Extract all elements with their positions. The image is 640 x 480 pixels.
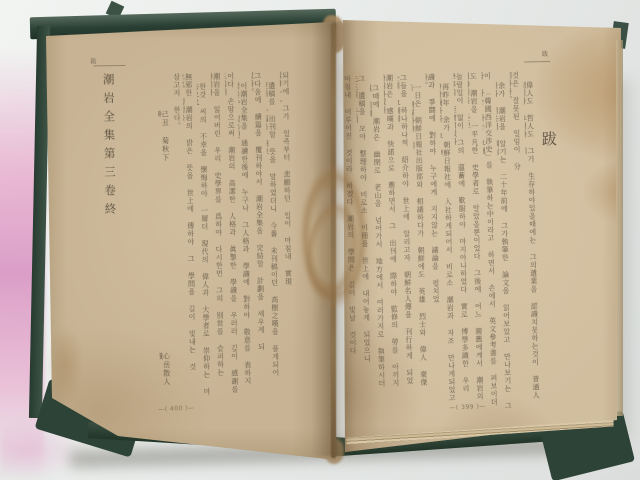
- text-column: 一日은 朝鮮日報社出版部와 相議하다가 朝鮮에도 英雄 烈士와 偉人 豪傑을 網…: [412, 84, 427, 389]
- book-photo: 跋 潮岩全集第三卷終 되기에 그가 일즉부터 悲願하던 일이 마침내 實現되랴—…: [0, 0, 640, 480]
- right-page-text: 跋 跋 偉人도 哲人도 그가 生存하야있을때에는 그의遺業을 認識치못하는것이 …: [336, 58, 572, 433]
- colophon-date: 己丑 菊秋下澣: [158, 110, 169, 165]
- page-title-column: 潮岩全集第三卷終: [99, 73, 116, 235]
- running-header-right: 跋: [542, 49, 548, 58]
- text-column: 이潮岩全集을 通讀한後에 누구나 그人格과 學識에 對하야 敬意를 表하지 않을…: [238, 82, 251, 400]
- running-header-rule-right: [524, 61, 550, 63]
- page-number-left: —( 400 )—: [158, 405, 195, 413]
- section-title-bal: 跋: [539, 131, 560, 146]
- text-column: 余가 潮岩을 알기는 二十年前에 그가執筆한 論文을 읽어보았고 만나보기는 그…: [496, 82, 512, 412]
- text-column: 것은 잘못된 일임이 分明하다。: [509, 72, 520, 172]
- text-column: 삼고저 한다。: [171, 73, 181, 153]
- text-column: 潮岩을 잃어버린 우리 史學界를 爲하야 다시한번 그의 別世를 슬퍼하는 바이…: [211, 73, 224, 385]
- text-column: 마침내 이루어진 것이라 하겠다 潮岩의 學問은 길이 빛날 것이다: [341, 75, 356, 365]
- text-column: 潮岩은 感嘆과 快諾으로 應하면서 그 出刊에 際하야 監修의 勞를 아끼지 아…: [383, 74, 399, 394]
- text-column: 이 「韓國西洋交渉史」를 執筆하는中이라고 하면서 손에서 英文參考書를 펴보이…: [481, 72, 497, 407]
- text-column: 그 遺稿을 모아 整理하야 비로소 이冊을 世上에 내어놓게 되었으니 先生의 …: [355, 75, 370, 377]
- text-column: 再昨年 余가 朝鮮日報社에 入社하게되어서 비로소 潮岩과 자조 만나게되었고 …: [440, 83, 456, 408]
- page-edges-right: [616, 40, 623, 416]
- page-number-right: —( 399 )—: [449, 403, 486, 412]
- text-column: 그때에 潮岩은 幽閉로 老山을 넘어가서 地方에서 여러가지로 執筆하시더니 이…: [370, 85, 385, 395]
- text-column: 놀랄일이 없이 그의 薀蓄에 歎服하야 마지아니하였다 實로 博學多識한 우리學…: [453, 73, 469, 393]
- text-column: 그들을 하나하나씩 紹介하야 世上에 알리고자 朝鮮名人傳을 刊行하게 되었는데…: [397, 74, 413, 392]
- text-column: 이다 손땀으로써 潮岩의 高潔한 人格과 眞摯한 學識을 우러러 깊이 感謝를 …: [225, 72, 239, 397]
- text-column: 한갓 씨의 不幸을 懷悔하야 一層더 現代의 偉人과 大學者로 崇仰하는 마음으…: [197, 83, 210, 398]
- text-column: 偉人도 哲人도 그가 生存하야있을때에는 그의遺業을 認識치못하는것이 普通人間…: [524, 81, 540, 401]
- text-column: 無邪한 潮岩의 밝은 뜻을 世上에 傳하야 그 學問을 길이 빛내는 것으로 정…: [183, 73, 196, 378]
- text-column: 도 潮岩을 一平凡한 史學者로 알았을뿐이었다 그後에 어느 親舊에게서 潮岩의…: [467, 72, 483, 404]
- running-header-left: 跋: [90, 56, 96, 65]
- colophon-signature: 心岳散人 識: [159, 352, 170, 402]
- left-page-text: 跋 潮岩全集第三卷終 되기에 그가 일즉부터 悲願하던 일이 마침내 實現되랴—…: [85, 54, 305, 437]
- text-column: 遺稿를 出刊할 뜻을 말하였더니 今番 未刊稿이던 高樹之嘆을 풀게되어 먼저 …: [266, 82, 279, 387]
- text-column: 되기에 그가 일즉부터 悲願하던 일이 마침내 實現되랴——: [280, 72, 292, 287]
- gutter-fold-line: [331, 24, 336, 458]
- running-header-rule-left: [93, 65, 125, 66]
- text-column: 그다음에 續篇을 覆刊하야서 潮岩全集을 完結할 計劃을 세우게 되었다。: [252, 72, 265, 352]
- text-column: 識과 爭鬪에 對하야 누구에게 지지않는 議論을 펼치었다。: [425, 73, 439, 318]
